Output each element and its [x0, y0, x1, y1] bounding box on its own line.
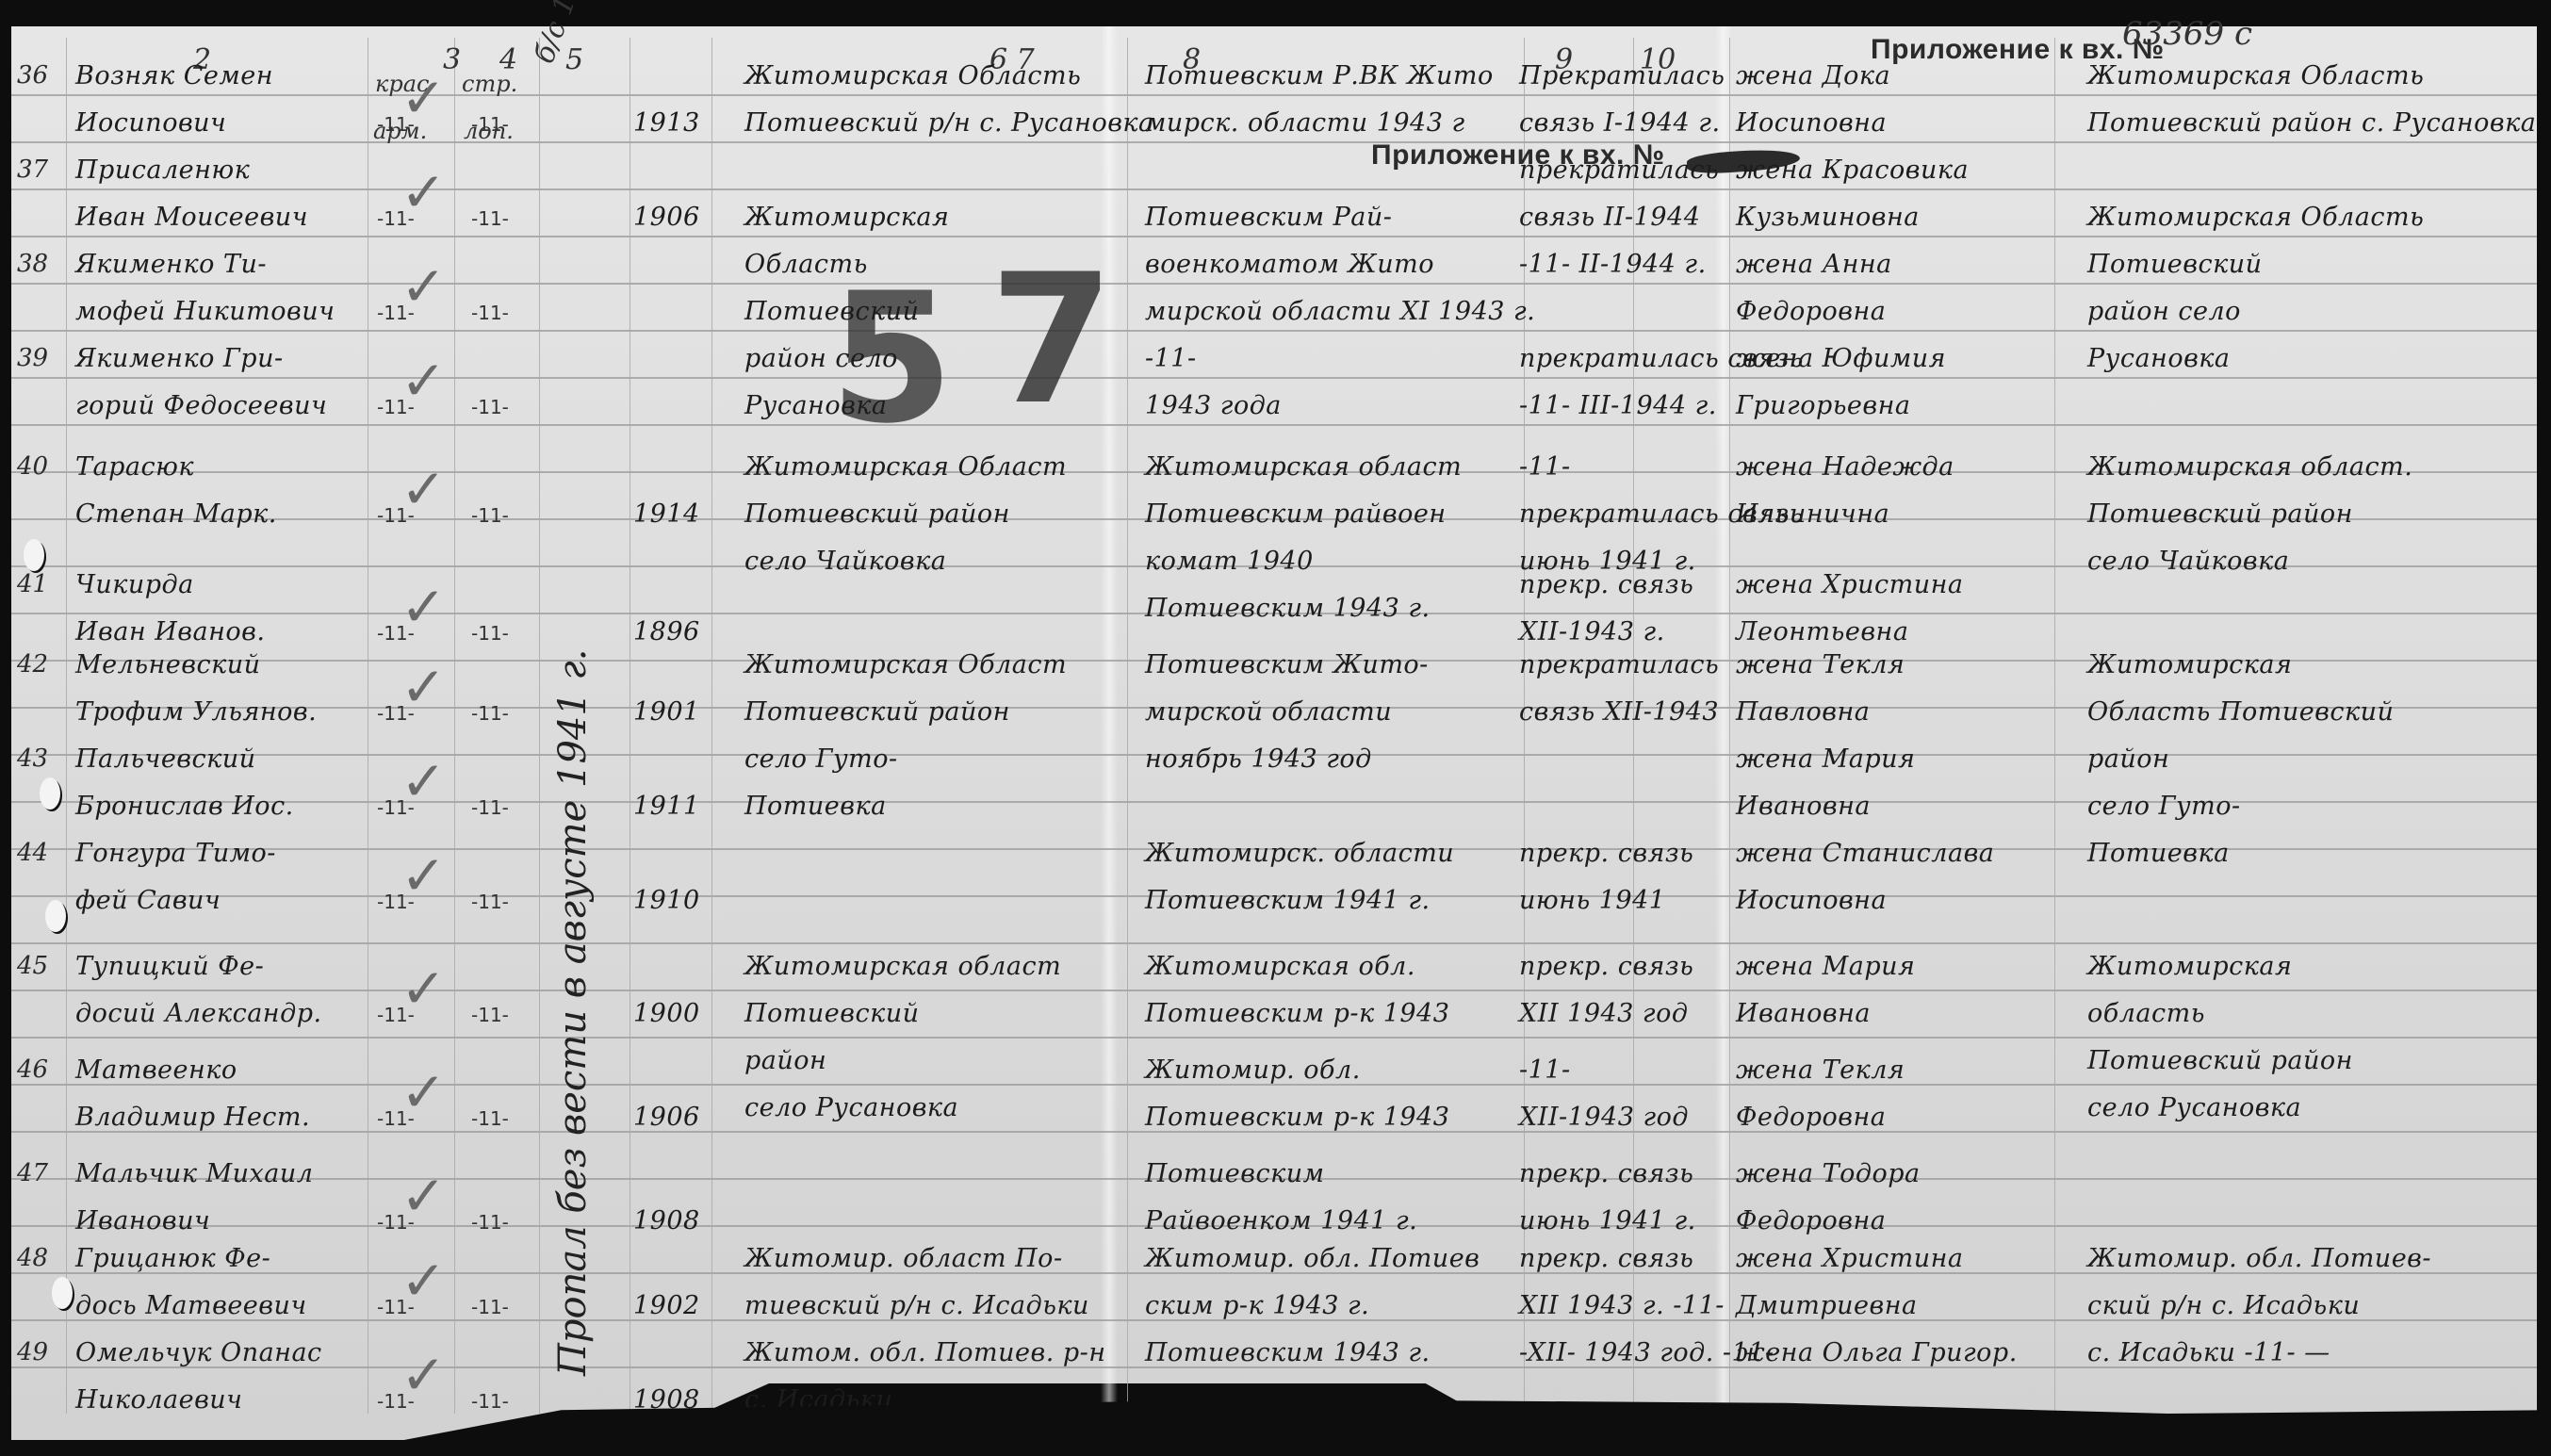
family-member: жена Дока: [1736, 61, 1890, 90]
drafted-by: Житомир. обл. Потиев: [1145, 1244, 1480, 1273]
family-member: жена Анна: [1736, 250, 1892, 279]
contact-lost: XII-1943 г.: [1519, 617, 1665, 646]
contact-lost: связь I-1944 г.: [1519, 108, 1721, 138]
soldier-name: Омельчук Опанас: [75, 1338, 322, 1367]
ruled-line: [11, 942, 2537, 944]
contact-lost: прекр. связь: [1519, 839, 1693, 868]
birth-year: 1913: [633, 108, 700, 138]
contact-lost: XII-1943 год: [1519, 1103, 1689, 1132]
drafted-by: Житомирск. области: [1145, 839, 1454, 868]
contact-lost: -11-: [1519, 1055, 1571, 1085]
soldier-name: Гонгура Тимо-: [75, 839, 276, 868]
check-mark: ✓: [401, 254, 447, 319]
soldier-name: Иван Иванов.: [75, 617, 265, 646]
ditto-mark: -11-: [471, 302, 509, 324]
family-member: жена Мария: [1736, 952, 1915, 981]
home-address: село Гуто-: [2087, 792, 2241, 821]
binding-hole: [40, 777, 60, 810]
soldier-name: Бронислав Иос.: [75, 792, 294, 821]
home-address: село Русановка: [2087, 1093, 2301, 1122]
drafted-by: Потиевским Жито-: [1145, 650, 1429, 679]
soldier-name: Степан Марк.: [75, 499, 277, 529]
ruled-line: [11, 424, 2537, 426]
soldier-name: Трофим Ульянов.: [75, 697, 317, 727]
soldier-name: Мельневский: [75, 650, 261, 679]
contact-lost: прекратилась: [1519, 650, 1719, 679]
birth-year: 1902: [633, 1291, 700, 1320]
home-address: Житомирская област.: [2087, 452, 2412, 482]
home-address: Потиевский район: [2087, 1046, 2353, 1075]
birthplace: Житом. обл. Потиев. р-н: [744, 1338, 1106, 1367]
family-member: жена Текля: [1736, 650, 1905, 679]
contact-lost: -11-: [1519, 452, 1571, 482]
birthplace: Потиевский район: [744, 697, 1010, 727]
family-member: Федоровна: [1736, 1103, 1886, 1132]
ditto-mark: -11-: [471, 113, 509, 136]
column-divider: [1127, 38, 1128, 1414]
family-member: Григорьевна: [1736, 391, 1911, 420]
soldier-name: Мальчик Михаил: [75, 1159, 313, 1188]
row-number: 37: [17, 155, 48, 184]
birth-year: 1906: [633, 1103, 700, 1132]
contact-lost: -11- III-1944 г.: [1519, 391, 1717, 420]
soldier-name: Присаленюк: [75, 155, 250, 185]
ditto-mark: -11-: [471, 396, 509, 418]
drafted-by: Потиевским 1941 г.: [1145, 886, 1431, 915]
drafted-by: Потиевским: [1145, 1159, 1325, 1188]
drafted-by: Потиевским р-к 1943: [1145, 1103, 1449, 1132]
family-member: Леонтьевна: [1736, 617, 1908, 646]
contact-lost: июнь 1941 г.: [1519, 1206, 1696, 1235]
birthplace: село Русановка: [744, 1093, 958, 1122]
check-mark: ✓: [401, 349, 447, 413]
drafted-by: военкоматом Жито: [1145, 250, 1434, 279]
column-divider: [454, 38, 455, 1414]
home-address: ский р/н с. Исадьки: [2087, 1291, 2360, 1320]
birthplace: село Гуто-: [744, 744, 898, 774]
birthplace: Житомирская Област: [744, 650, 1067, 679]
home-address: село Чайковка: [2087, 547, 2289, 576]
soldier-name: Иван Моисеевич: [75, 203, 308, 232]
family-member: Ильинична: [1736, 499, 1889, 529]
column-divider: [539, 38, 540, 1414]
home-address: район: [2087, 744, 2169, 774]
contact-lost: Прекратилась: [1519, 61, 1725, 90]
soldier-name: Возняк Семен: [75, 61, 273, 90]
check-mark: ✓: [401, 749, 447, 813]
soldier-name: Якименко Гри-: [75, 344, 284, 373]
ditto-mark: -11-: [471, 1211, 509, 1234]
birthplace: Житомирская област: [744, 952, 1061, 981]
row-number: 44: [17, 839, 48, 867]
home-address: Потиевский: [2087, 250, 2263, 279]
column-divider: [368, 38, 368, 1414]
birth-year: 1906: [633, 203, 700, 232]
check-mark: ✓: [401, 66, 447, 130]
drafted-by: ноябрь 1943 год: [1145, 744, 1372, 774]
check-mark: ✓: [401, 160, 447, 224]
binding-hole: [45, 900, 66, 932]
home-address: Житомир. обл. Потиев-: [2087, 1244, 2431, 1273]
family-member: Иосиповна: [1736, 886, 1887, 915]
soldier-name: фей Савич: [75, 886, 221, 915]
row-number: 36: [17, 61, 48, 90]
soldier-name: Тупицкий Фе-: [75, 952, 264, 981]
ditto-mark: -11-: [471, 1296, 509, 1318]
drafted-by: Потиевским райвоен: [1145, 499, 1447, 529]
family-member: Ивановна: [1736, 792, 1871, 821]
registration-number: 63369 с: [2122, 15, 2252, 53]
birthplace: Потиевский р/н с. Русановка: [744, 108, 1154, 138]
birthplace: Житомир. област По-: [744, 1244, 1063, 1273]
home-address: Житомирская: [2087, 650, 2292, 679]
drafted-by: мирск. области 1943 г: [1145, 108, 1465, 138]
home-address: с. Исадьки -11- —: [2087, 1338, 2330, 1367]
family-member: жена Христина: [1736, 570, 1964, 599]
birthplace: тиевский р/н с. Исадьки: [744, 1291, 1089, 1320]
ditto-mark: -11-: [471, 1004, 509, 1026]
drafted-by: 1943 года: [1145, 391, 1282, 420]
check-mark: ✓: [401, 1343, 447, 1407]
birthplace: район: [744, 1046, 826, 1075]
home-address: Потиевка: [2087, 839, 2230, 868]
family-member: Федоровна: [1736, 297, 1886, 326]
drafted-by: Житомир. обл.: [1145, 1055, 1361, 1085]
birthplace: район село: [744, 344, 898, 373]
soldier-name: Владимир Нест.: [75, 1103, 310, 1132]
birth-year: 1910: [633, 886, 700, 915]
ditto-mark: -11-: [471, 891, 509, 913]
column-divider: [630, 38, 630, 1414]
soldier-name: дось Матвеевич: [75, 1291, 307, 1320]
ditto-mark: -11-: [471, 796, 509, 819]
birth-year: 1896: [633, 617, 700, 646]
contact-lost: связь XII-1943: [1519, 697, 1719, 727]
birth-year: 1914: [633, 499, 700, 529]
family-member: Иосиповна: [1736, 108, 1887, 138]
drafted-by: -11-: [1145, 344, 1197, 373]
large-number-mark: 7: [989, 236, 1114, 444]
column-divider: [711, 38, 712, 1414]
soldier-name: Якименко Ти-: [75, 250, 267, 279]
birth-year: 1908: [633, 1206, 700, 1235]
family-member: Павловна: [1736, 697, 1870, 727]
drafted-by: Райвоенком 1941 г.: [1145, 1206, 1417, 1235]
birth-year: 1911: [633, 792, 700, 821]
family-member: жена Мария: [1736, 744, 1915, 774]
row-number: 46: [17, 1055, 48, 1084]
contact-lost: -11- II-1944 г.: [1519, 250, 1707, 279]
home-address: район село: [2087, 297, 2241, 326]
contact-lost: прекратилась: [1519, 155, 1719, 185]
family-member: жена Текля: [1736, 1055, 1905, 1085]
family-member: жена Тодора: [1736, 1159, 1921, 1188]
home-address: Русановка: [2087, 344, 2231, 373]
row-number: 49: [17, 1338, 48, 1366]
ruled-line: [11, 283, 2537, 285]
ruled-line: [11, 990, 2537, 991]
birthplace: село Чайковка: [744, 547, 946, 576]
soldier-name: досий Александр.: [75, 999, 322, 1028]
soldier-name: Грицанюк Фе-: [75, 1244, 270, 1273]
ditto-mark: -11-: [471, 207, 509, 230]
family-member: жена Ольга Григор.: [1736, 1338, 2018, 1367]
binding-hole: [52, 1277, 73, 1309]
family-member: жена Красовика: [1736, 155, 1969, 185]
birthplace: Потиевский район: [744, 499, 1010, 529]
row-number: 38: [17, 250, 48, 278]
birthplace: Потиевский: [744, 297, 920, 326]
home-address: область: [2087, 999, 2205, 1028]
drafted-by: Потиевским р-к 1943: [1145, 999, 1449, 1028]
ditto-mark: -11-: [471, 1390, 509, 1413]
soldier-name: Чикирда: [75, 570, 194, 599]
soldier-name: Тарасюк: [75, 452, 194, 482]
drafted-by: Потиевским Рай-: [1145, 203, 1392, 232]
row-number: 40: [17, 452, 48, 481]
family-member: Дмитриевна: [1736, 1291, 1918, 1320]
home-address: Житомирская Область: [2087, 61, 2424, 90]
birth-year: 1900: [633, 999, 700, 1028]
contact-lost: XII 1943 г. -11-: [1519, 1291, 1725, 1320]
family-member: Ивановна: [1736, 999, 1871, 1028]
rank-header: стр.: [462, 71, 517, 97]
vertical-missing-note: Пропал без вести в августе 1941 г.: [551, 649, 595, 1376]
drafted-by: Потиевским 1943 г.: [1145, 1338, 1431, 1367]
check-mark: ✓: [401, 1060, 447, 1124]
ruled-line: [11, 1037, 2537, 1039]
family-member: Федоровна: [1736, 1206, 1886, 1235]
family-member: жена Станислава: [1736, 839, 1994, 868]
contact-lost: прекр. связь: [1519, 1159, 1693, 1188]
contact-lost: XII 1943 год: [1519, 999, 1688, 1028]
check-mark: ✓: [401, 957, 447, 1021]
check-mark: ✓: [401, 655, 447, 719]
check-mark: ✓: [401, 457, 447, 521]
row-number: 43: [17, 744, 48, 773]
family-member: жена Юфимия: [1736, 344, 1946, 373]
contact-lost: прекр. связь: [1519, 1244, 1693, 1273]
column-divider: [1729, 38, 1730, 1414]
drafted-by: Потиевским Р.ВК Жито: [1145, 61, 1494, 90]
birth-year: 1901: [633, 697, 700, 727]
birthplace: Житомирская Область: [744, 61, 1081, 90]
column-divider: [2054, 38, 2055, 1414]
soldier-name: мофей Никитович: [75, 297, 335, 326]
drafted-by: мирской области: [1145, 697, 1392, 727]
check-mark: ✓: [401, 843, 447, 908]
check-mark: ✓: [401, 575, 447, 639]
home-address: Потиевский район: [2087, 499, 2353, 529]
home-address: Область Потиевский: [2087, 697, 2394, 727]
ditto-mark: -11-: [471, 504, 509, 527]
ditto-mark: -11-: [471, 1107, 509, 1130]
row-number: 48: [17, 1244, 48, 1272]
home-address: Житомирская: [2087, 952, 2292, 981]
family-member: Кузьминовна: [1736, 203, 1920, 232]
contact-lost: связь II-1944: [1519, 203, 1700, 232]
drafted-by: мирской области XI 1943 г.: [1145, 297, 1535, 326]
birthplace: Житомирская: [744, 203, 949, 232]
soldier-name: горий Федосеевич: [75, 391, 327, 420]
row-number: 41: [17, 570, 48, 598]
ruled-line: [11, 188, 2537, 190]
contact-lost: прекр. связь: [1519, 952, 1693, 981]
family-member: жена Надежда: [1736, 452, 1954, 482]
family-member: жена Христина: [1736, 1244, 1964, 1273]
ruled-line: [11, 236, 2537, 237]
column-divider: [66, 38, 67, 1414]
ditto-mark: -11-: [471, 622, 509, 645]
row-number: 45: [17, 952, 48, 980]
contact-lost: июнь 1941: [1519, 886, 1665, 915]
ruled-line: [11, 330, 2537, 332]
drafted-by: Потиевским 1943 г.: [1145, 594, 1431, 623]
soldier-name: Николаевич: [75, 1385, 242, 1415]
birthplace: Потиевский: [744, 999, 920, 1028]
birthplace: Область: [744, 250, 868, 279]
soldier-name: Матвеенко: [75, 1055, 237, 1085]
contact-lost: прекр. связь: [1519, 570, 1693, 599]
home-address: Житомирская Область: [2087, 203, 2424, 232]
check-mark: ✓: [401, 1249, 447, 1313]
drafted-by: Житомирская област: [1145, 452, 1462, 482]
ditto-mark: -11-: [471, 702, 509, 725]
home-address: Потиевский район с. Русановка: [2087, 108, 2536, 138]
birthplace: Житомирская Област: [744, 452, 1067, 482]
drafted-by: комат 1940: [1145, 547, 1314, 576]
soldier-name: Иосипович: [75, 108, 226, 138]
binding-hole: [24, 539, 44, 571]
drafted-by: ским р-к 1943 г.: [1145, 1291, 1369, 1320]
soldier-name: Иванович: [75, 1206, 210, 1235]
birthplace: Потиевка: [744, 792, 887, 821]
row-number: 39: [17, 344, 48, 372]
row-number: 47: [17, 1159, 48, 1187]
drafted-by: Житомирская обл.: [1145, 952, 1415, 981]
soldier-name: Пальчевский: [75, 744, 256, 774]
row-number: 42: [17, 650, 48, 679]
column-number: 5: [565, 43, 583, 76]
birthplace: Русановка: [744, 391, 888, 420]
check-mark: ✓: [401, 1164, 447, 1228]
ruled-line: [11, 377, 2537, 379]
